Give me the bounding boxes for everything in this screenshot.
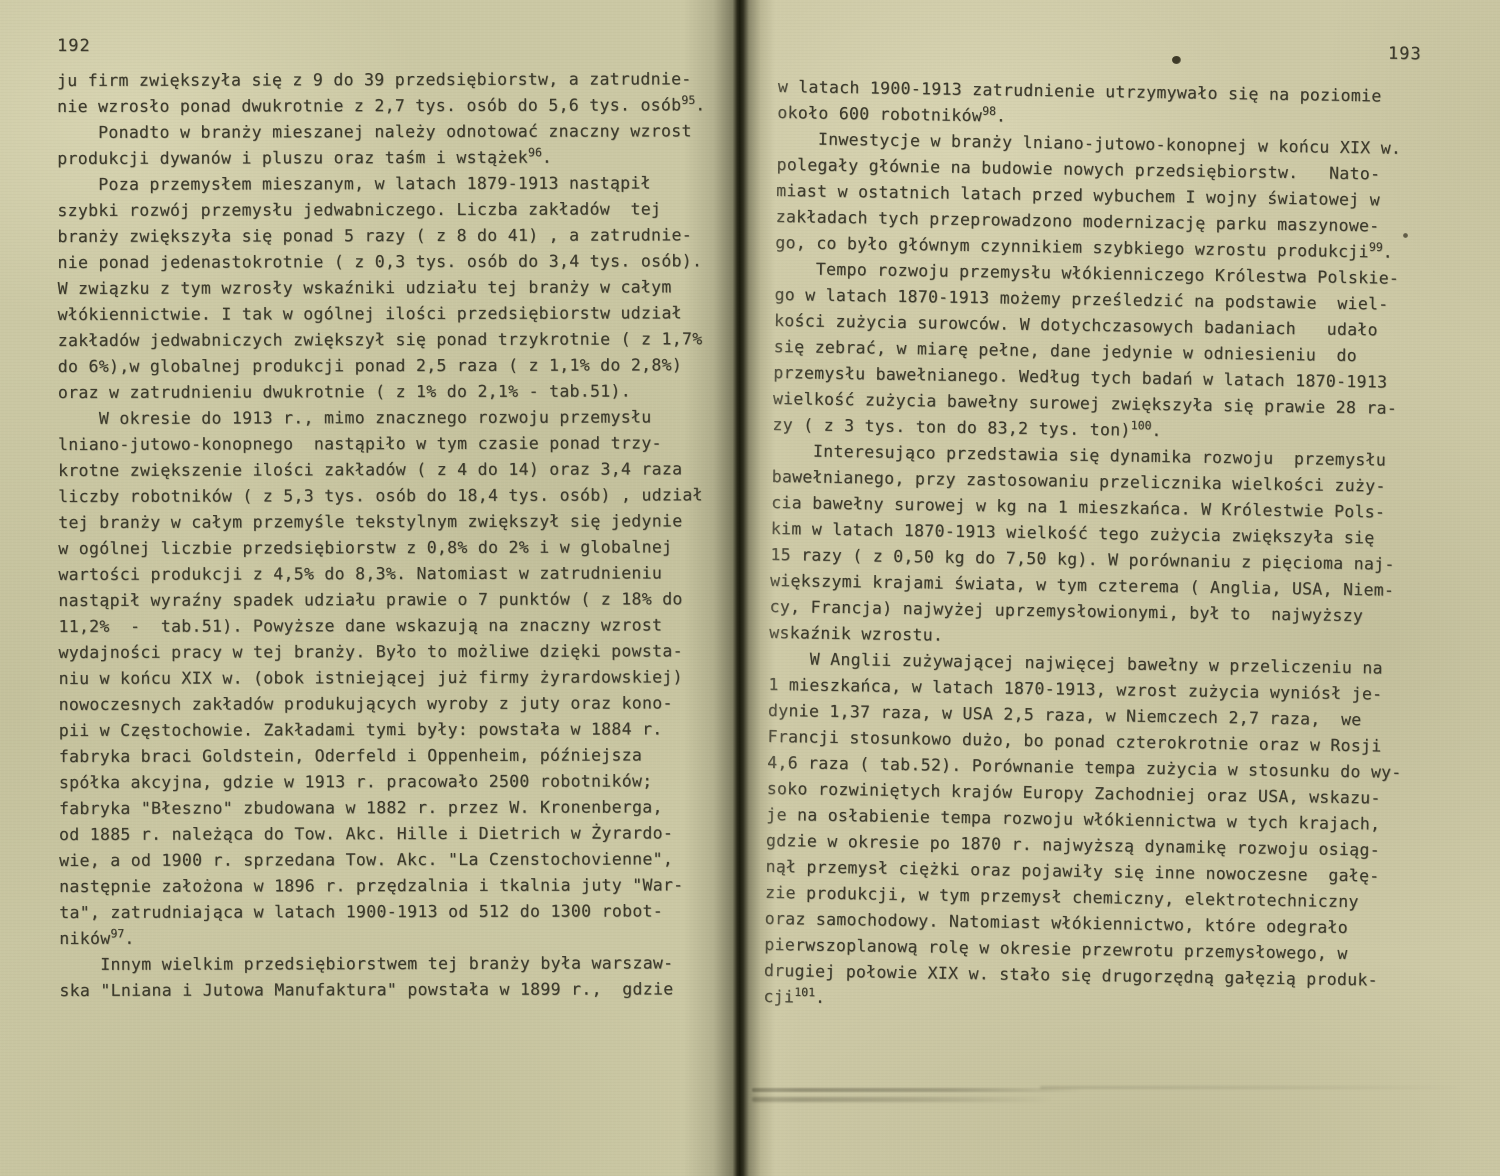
text-line: spółka akcyjna, gdzie w 1913 r. pracował… [59, 768, 724, 796]
text-line: produkcji dywanów i pluszu oraz taśm i w… [57, 144, 722, 172]
text-line: ników97. [59, 924, 724, 952]
book-spread: 192 ju firm zwiększyła się z 9 do 39 prz… [0, 0, 1500, 1176]
pencil-smudge [752, 1097, 1052, 1102]
text-line: wydajności pracy w tej branży. Było to m… [58, 638, 723, 666]
text-line: niu w końcu XIX w. (obok istniejącej już… [59, 664, 724, 692]
text-line: Poza przemysłem mieszanym, w latach 1879… [57, 170, 722, 198]
text-line: 11,2% - tab.51). Powyższe dane wskazują … [58, 612, 723, 640]
text-line: ju firm zwiększyła się z 9 do 39 przedsi… [57, 66, 722, 94]
ink-speck [1403, 233, 1408, 238]
text-line: szybki rozwój przemysłu jedwabniczego. L… [57, 196, 722, 224]
text-line: pii w Częstochowie. Zakładami tymi były:… [59, 716, 724, 744]
text-line: w ogólnej liczbie przedsiębiorstw z 0,8%… [58, 534, 723, 562]
page-right: 193 w latach 1900-1913 zatrudnienie utrz… [740, 0, 1500, 1176]
text-line: liczby robotników ( z 5,3 tys. osób do 1… [58, 482, 723, 510]
text-line: do 6%),w globalnej produkcji ponad 2,5 r… [58, 352, 723, 380]
text-line: włókiennictwie. I tak w ogólnej ilości p… [58, 300, 723, 328]
text-line: branży zwiększyła się ponad 5 razy ( z 8… [57, 222, 722, 250]
text-line: następnie założona w 1896 r. przędzalnia… [59, 872, 724, 900]
page-right-text: w latach 1900-1913 zatrudnienie utrzymyw… [763, 74, 1458, 1021]
page-number-right: 193 [1388, 44, 1422, 65]
text-line: wartości produkcji z 4,5% do 8,3%. Natom… [58, 560, 723, 588]
pencil-smudge [752, 1088, 1082, 1092]
text-line: nie wzrosło ponad dwukrotnie z 2,7 tys. … [57, 92, 722, 120]
text-line: krotne zwiększenie ilości zakładów ( z 4… [58, 456, 723, 484]
text-line: nie ponad jedenastokrotnie ( z 0,3 tys. … [57, 248, 722, 276]
text-line: od 1885 r. należąca do Tow. Akc. Hille i… [59, 820, 724, 848]
text-line: oraz w zatrudnieniu dwukrotnie ( z 1% do… [58, 378, 723, 406]
text-line: tej branży w całym przemyśle tekstylnym … [58, 508, 723, 536]
text-line: nastąpił wyraźny spadek udziału prawie o… [58, 586, 723, 614]
text-line: fabryka "Błeszno" zbudowana w 1882 r. pr… [59, 794, 724, 822]
text-line: wie, a od 1900 r. sprzedana Tow. Akc. "L… [59, 846, 724, 874]
text-line: W okresie do 1913 r., mimo znacznego roz… [58, 404, 723, 432]
text-line: ta", zatrudniająca w latach 1900-1913 od… [59, 898, 724, 926]
ink-dot [1172, 56, 1181, 64]
text-line: Innym wielkim przedsiębiorstwem tej bran… [59, 950, 724, 978]
page-left: 192 ju firm zwiększyła się z 9 do 39 prz… [0, 0, 740, 1176]
text-line: nowoczesnych zakładów produkujących wyro… [59, 690, 724, 718]
page-left-text: ju firm zwiększyła się z 9 do 39 przedsi… [57, 66, 724, 1004]
text-line: W związku z tym wzrosły wskaźniki udział… [58, 274, 723, 302]
text-line: lniano-jutowo-konopnego nastąpiło w tym … [58, 430, 723, 458]
pencil-smudge [1040, 1086, 1460, 1089]
text-line: Ponadto w branży mieszanej należy odnoto… [57, 118, 722, 146]
text-line: zakładów jedwabniczych zwiększył się pon… [58, 326, 723, 354]
text-line: fabryka braci Goldstein, Oderfeld i Oppe… [59, 742, 724, 770]
text-line: ska "Lniana i Jutowa Manufaktura" powsta… [59, 976, 724, 1004]
page-number-left: 192 [57, 36, 91, 56]
